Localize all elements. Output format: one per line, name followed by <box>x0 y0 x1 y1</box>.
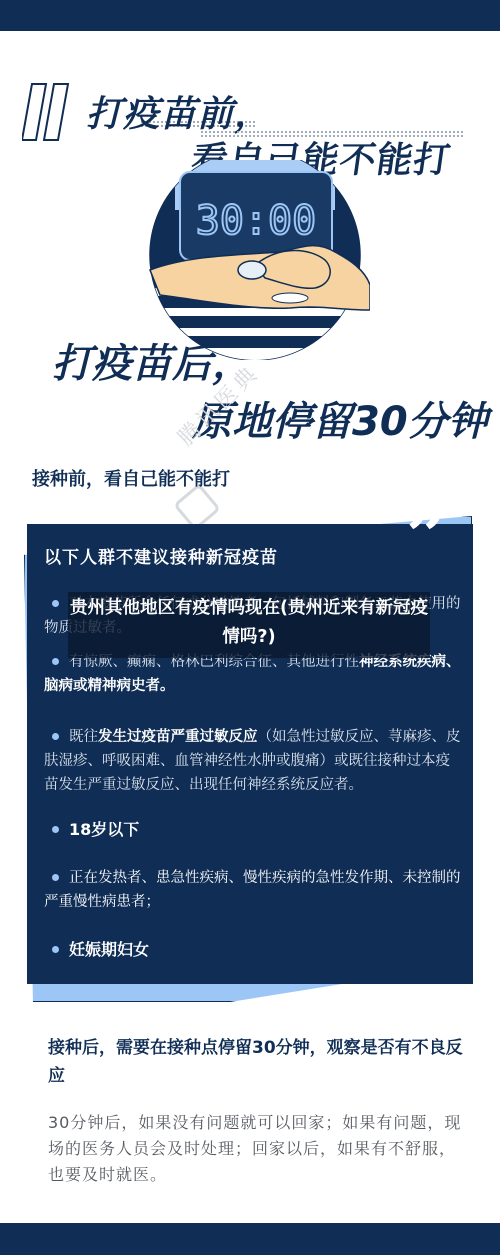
list-item: 18岁以下 <box>44 818 464 842</box>
bullet-icon <box>52 658 59 665</box>
caption-overlay-text: 贵州其他地区有疫情吗现在(贵州近来有新冠疫情吗?) <box>68 594 430 652</box>
bullet-icon <box>52 826 59 833</box>
bullet-icon <box>52 946 59 953</box>
timer-hand-illustration: 30:00 <box>140 160 370 360</box>
bottom-banner-bar <box>0 1223 500 1255</box>
bullet-icon <box>52 874 59 881</box>
section-title-after: 接种后，需要在接种点停留30分钟，观察是否有不良反应 <box>48 1034 468 1090</box>
card-title: 以下人群不建议接种新冠疫苗 <box>44 543 278 568</box>
section-title-before: 接种前，看自己能不能打 <box>32 465 230 491</box>
quote-icon: ” <box>406 500 447 572</box>
slash-decoration-icon <box>22 82 78 142</box>
list-item: 既往发生过疫苗严重过敏反应（如急性过敏反应、荨麻疹、皮肤湿疹、呼吸困难、血管神经… <box>44 725 464 797</box>
bullet-icon <box>52 733 59 740</box>
list-item: 妊娠期妇女 <box>44 938 464 962</box>
list-item: 正在发热者、患急性疾病、慢性疾病的急性发作期、未控制的严重慢性病患者； <box>44 866 464 914</box>
timer-display: 30:00 <box>196 198 316 244</box>
bullet-icon <box>52 600 59 607</box>
section-after-body: 30分钟后，如果没有问题就可以回家；如果有问题，现场的医务人员会及时处理；回家以… <box>48 1110 464 1188</box>
top-banner-bar <box>0 0 500 31</box>
